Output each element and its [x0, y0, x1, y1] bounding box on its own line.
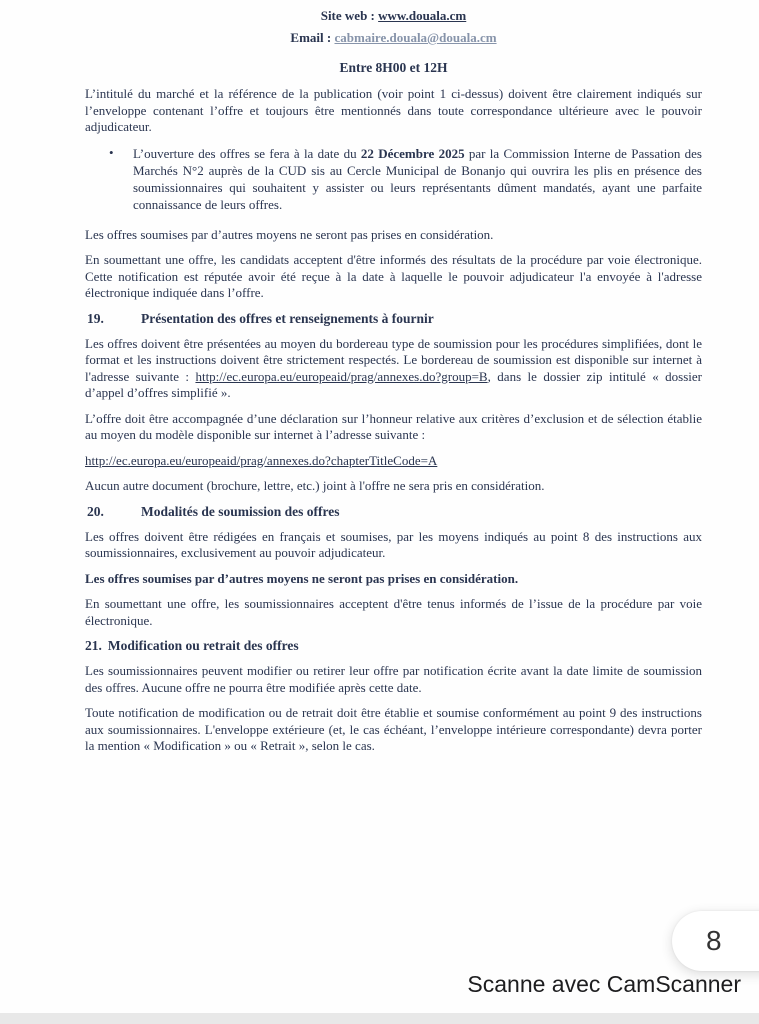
para-20-electronic: En soumettant une offre, les soumissionn…	[85, 596, 702, 629]
email-label: Email :	[290, 30, 334, 45]
email-link: cabmaire.douala@douala.cm	[334, 30, 496, 45]
section-20-number: 20.	[87, 504, 141, 520]
page-number-badge: 8	[672, 911, 759, 971]
document-content: Site web : www.douala.cm Email : cabmair…	[85, 8, 702, 755]
page-number: 8	[706, 925, 722, 957]
section-heading-21: 21.Modification ou retrait des offres	[85, 638, 702, 654]
section-20-title: Modalités de soumission des offres	[141, 504, 340, 520]
opening-hours-heading: Entre 8H00 et 12H	[85, 60, 702, 76]
bullet-text: L’ouverture des offres se fera à la date…	[133, 145, 702, 213]
para-19-declaration: L’offre doit être accompagnée d’une décl…	[85, 411, 702, 444]
site-web-line: Site web : www.douala.cm	[85, 8, 702, 24]
scanned-document-page: Site web : www.douala.cm Email : cabmair…	[0, 0, 759, 1024]
para-19-presentation: Les offres doivent être présentées au mo…	[85, 336, 702, 402]
para-20-other-means-bold: Les offres soumises par d’autres moyens …	[85, 571, 702, 588]
section-19-number: 19.	[87, 311, 141, 327]
email-line: Email : cabmaire.douala@douala.cm	[85, 30, 702, 46]
section-heading-19: 19. Présentation des offres et renseigne…	[87, 311, 702, 327]
opening-date: 22 Décembre 2025	[361, 146, 465, 161]
para-other-means: Les offres soumises par d’autres moyens …	[85, 227, 702, 244]
document-header: Site web : www.douala.cm Email : cabmair…	[85, 8, 702, 46]
site-web-label: Site web :	[321, 8, 378, 23]
annexes-chapter-link-line: http://ec.europa.eu/europeaid/prag/annex…	[85, 453, 702, 470]
camscanner-watermark: Scanne avec CamScanner	[467, 971, 741, 998]
para-19-no-other-doc: Aucun autre document (brochure, lettre, …	[85, 478, 702, 495]
bottom-gray-strip	[0, 1013, 759, 1024]
para-intro: L’intitulé du marché et la référence de …	[85, 86, 702, 136]
bullet-icon: •	[109, 145, 133, 213]
para-20-language: Les offres doivent être rédigées en fran…	[85, 529, 702, 562]
section-heading-20: 20. Modalités de soumission des offres	[87, 504, 702, 520]
annexes-group-b-link: http://ec.europa.eu/europeaid/prag/annex…	[195, 369, 487, 384]
annexes-chapter-link: http://ec.europa.eu/europeaid/prag/annex…	[85, 453, 437, 468]
site-web-link: www.douala.cm	[378, 8, 466, 23]
section-21-number: 21.	[85, 638, 102, 653]
bullet-item-opening: • L’ouverture des offres se fera à la da…	[85, 145, 702, 213]
section-19-title: Présentation des offres et renseignement…	[141, 311, 434, 327]
bullet-text-pre: L’ouverture des offres se fera à la date…	[133, 146, 361, 161]
para-21-modify: Les soumissionnaires peuvent modifier ou…	[85, 663, 702, 696]
para-21-notification: Toute notification de modification ou de…	[85, 705, 702, 755]
section-21-title: Modification ou retrait des offres	[108, 638, 299, 653]
para-electronic-notice: En soumettant une offre, les candidats a…	[85, 252, 702, 302]
